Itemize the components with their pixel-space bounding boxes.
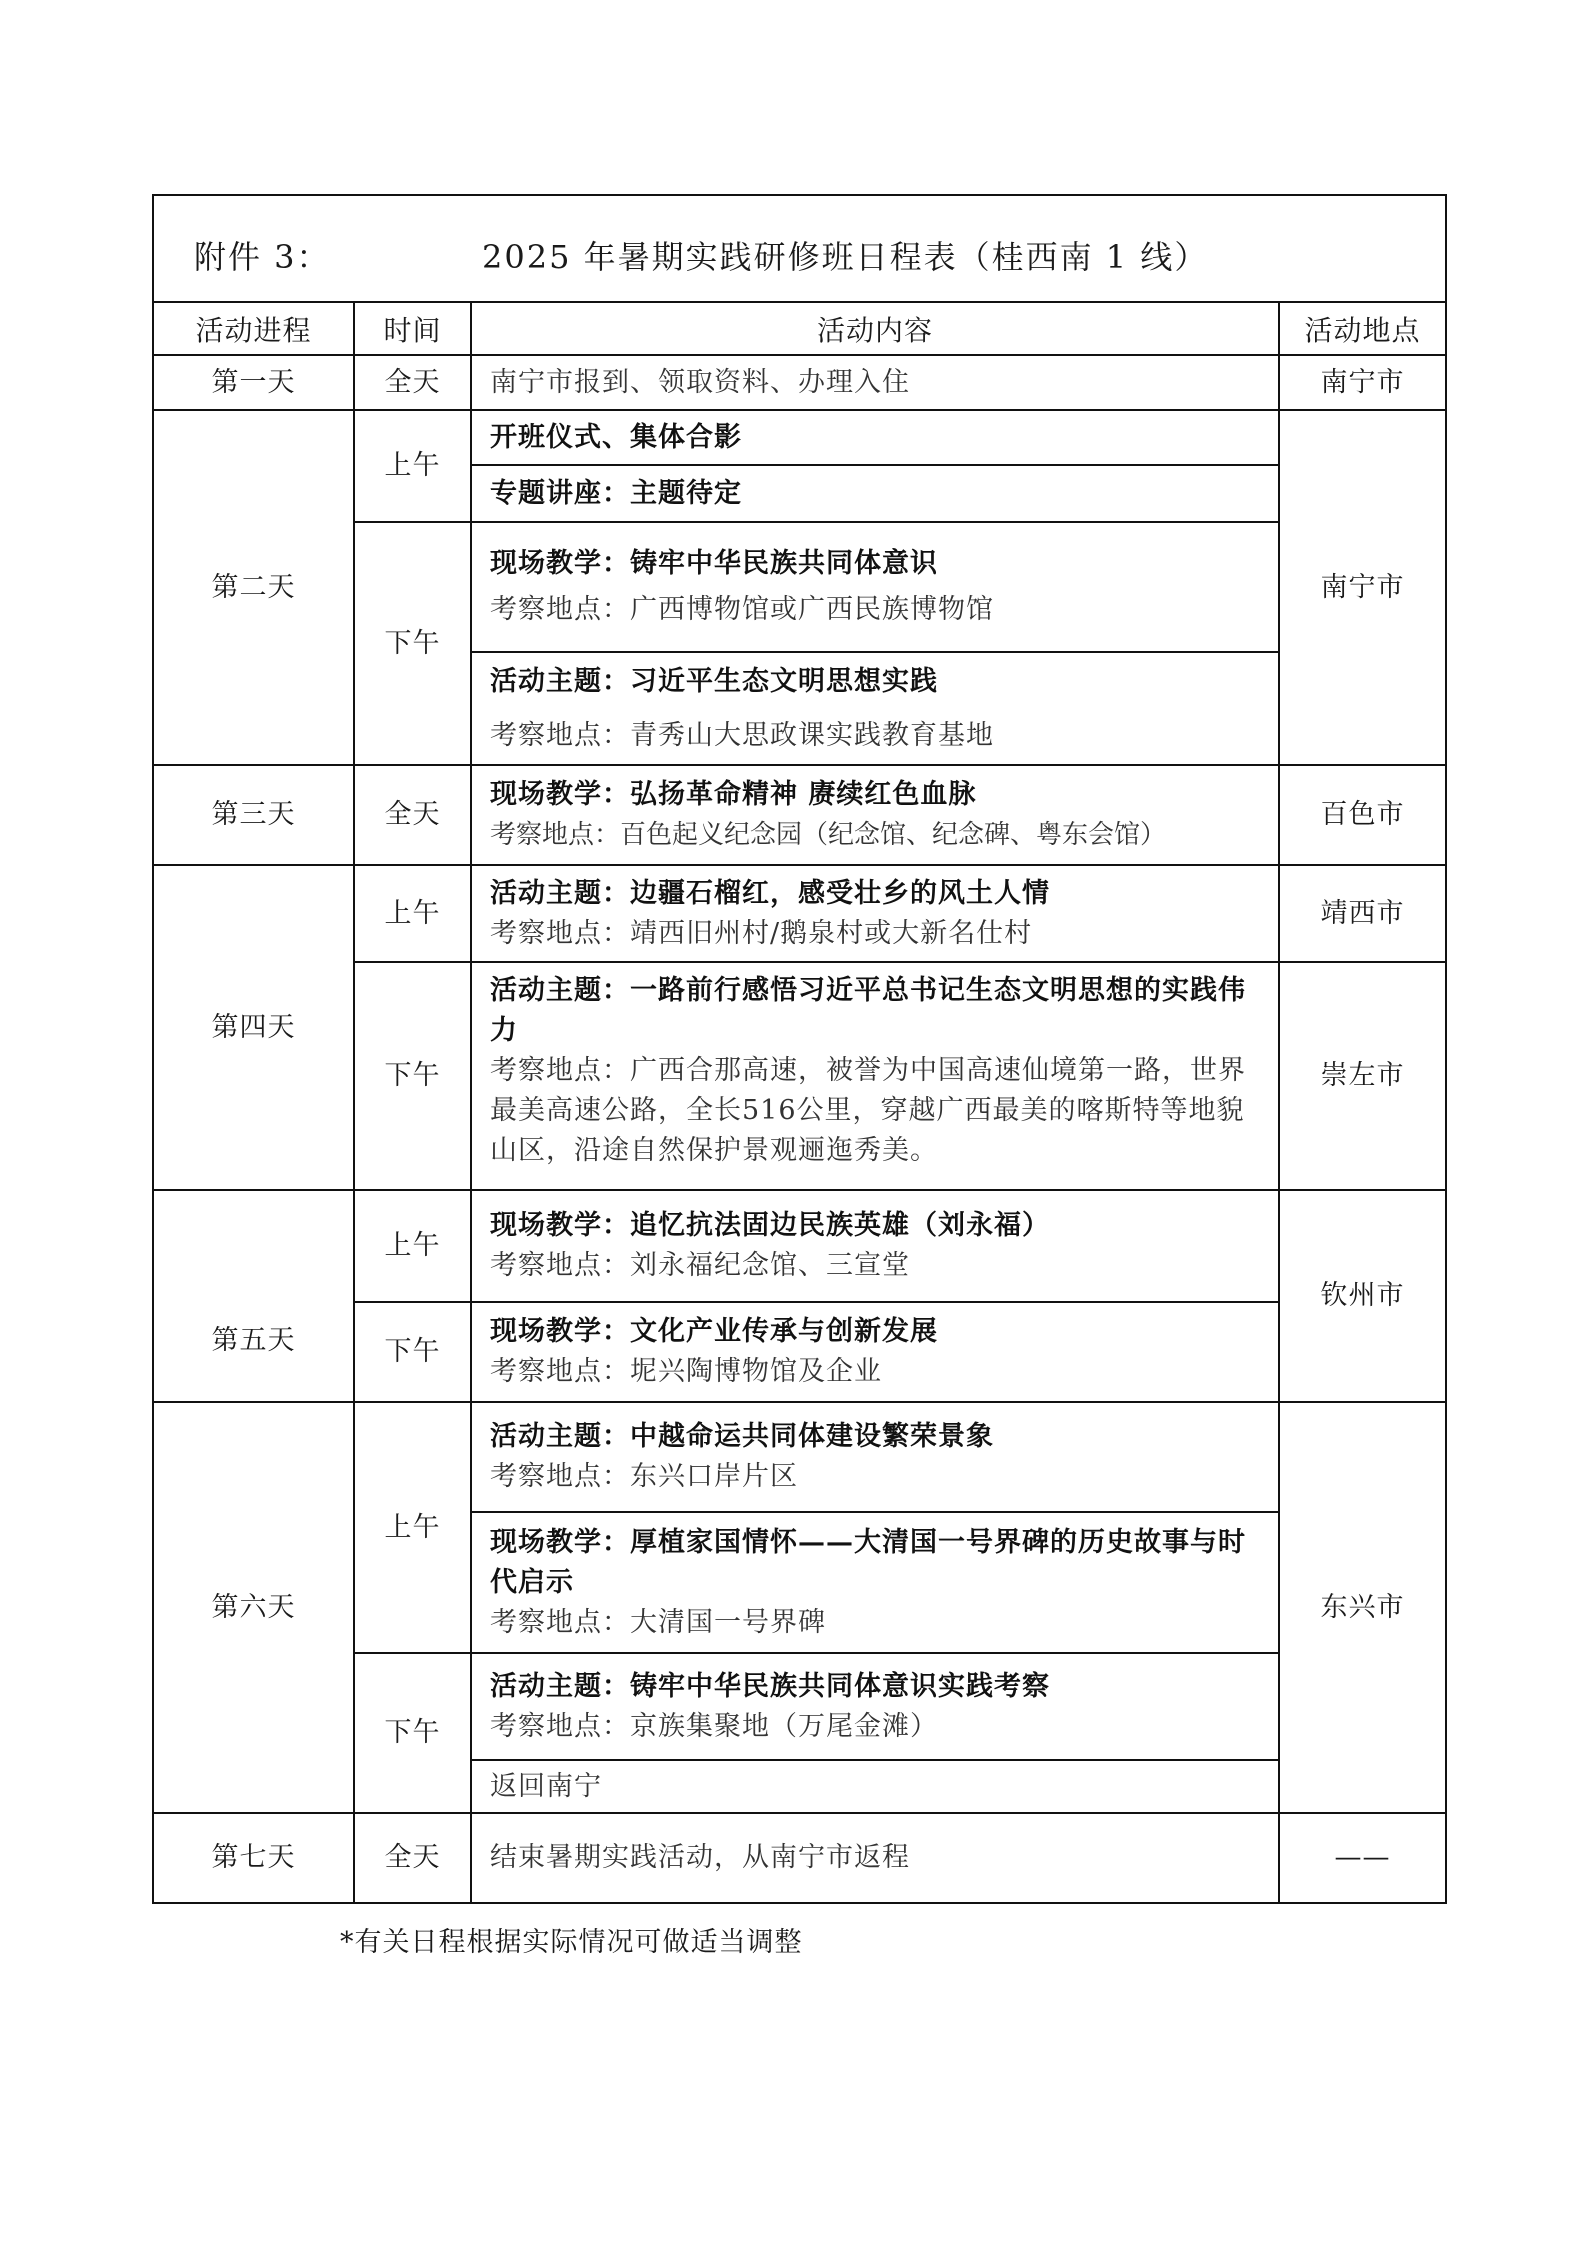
activity-site: 考察地点：东兴口岸片区 bbox=[490, 1457, 994, 1497]
activity-title: 活动主题：一路前行感悟习近平总书记生态文明思想的实践伟力 bbox=[490, 971, 1264, 1051]
activity-cell: 专题讲座：主题待定 bbox=[472, 466, 1278, 521]
activity-site: 考察地点：靖西旧州村/鹅泉村或大新名仕村 bbox=[490, 914, 1050, 954]
footnote: *有关日程根据实际情况可做适当调整 bbox=[340, 1920, 803, 1959]
day-label: 第六天 bbox=[154, 1403, 353, 1812]
location-label: 钦州市 bbox=[1280, 1191, 1445, 1401]
table-border-right bbox=[1445, 194, 1447, 1904]
time-label: 全天 bbox=[355, 356, 470, 409]
activity-site: 考察地点：坭兴陶博物馆及企业 bbox=[490, 1352, 938, 1392]
page-title: 2025 年暑期实践研修班日程表（桂西南 1 线） bbox=[482, 232, 1208, 278]
activity-title: 活动主题：中越命运共同体建设繁荣景象 bbox=[490, 1417, 994, 1457]
time-label: 下午 bbox=[355, 523, 470, 764]
activity-site: 考察地点：广西博物馆或广西民族博物馆 bbox=[490, 587, 994, 633]
activity-title: 现场教学：弘扬革命精神 赓续红色血脉 bbox=[490, 775, 1166, 815]
activity-line: 结束暑期实践活动，从南宁市返程 bbox=[472, 1838, 918, 1878]
activity-line: 南宁市报到、领取资料、办理入住 bbox=[472, 363, 918, 403]
activity-cell: 结束暑期实践活动，从南宁市返程 bbox=[472, 1814, 1278, 1902]
activity-title: 活动主题：铸牢中华民族共同体意识实践考察 bbox=[490, 1667, 1050, 1707]
activity-cell: 活动主题：中越命运共同体建设繁荣景象 考察地点：东兴口岸片区 bbox=[472, 1403, 1278, 1511]
day-label: 第三天 bbox=[154, 766, 353, 864]
activity-cell: 现场教学：弘扬革命精神 赓续红色血脉 考察地点：百色起义纪念园（纪念馆、纪念碑、… bbox=[472, 766, 1278, 864]
activity-cell: 现场教学：追忆抗法固边民族英雄（刘永福） 考察地点：刘永福纪念馆、三宣堂 bbox=[472, 1191, 1278, 1301]
activity-cell: 活动主题：边疆石榴红，感受壮乡的风土人情 考察地点：靖西旧州村/鹅泉村或大新名仕… bbox=[472, 866, 1278, 961]
location-label: 百色市 bbox=[1280, 766, 1445, 864]
time-label: 全天 bbox=[355, 766, 470, 864]
time-label: 下午 bbox=[355, 963, 470, 1189]
activity-site: 考察地点：广西合那高速，被誉为中国高速仙境第一路，世界最美高速公路，全长516公… bbox=[490, 1051, 1264, 1171]
time-label: 全天 bbox=[355, 1814, 470, 1902]
time-label: 下午 bbox=[355, 1654, 470, 1812]
activity-cell: 活动主题：一路前行感悟习近平总书记生态文明思想的实践伟力 考察地点：广西合那高速… bbox=[472, 963, 1278, 1189]
activity-line: 返回南宁 bbox=[472, 1767, 610, 1807]
day-label: 第四天 bbox=[154, 866, 353, 1189]
document-page: 附件 3： 2025 年暑期实践研修班日程表（桂西南 1 线） 活动进程 时间 … bbox=[0, 0, 1587, 2245]
day-label: 第五天 bbox=[154, 1191, 353, 1401]
time-label: 上午 bbox=[355, 1191, 470, 1301]
time-label: 上午 bbox=[355, 1403, 470, 1652]
time-label: 上午 bbox=[355, 866, 470, 961]
location-label: —— bbox=[1280, 1814, 1445, 1902]
activity-title: 专题讲座：主题待定 bbox=[472, 474, 750, 514]
activity-cell: 活动主题：铸牢中华民族共同体意识实践考察 考察地点：京族集聚地（万尾金滩） bbox=[472, 1654, 1278, 1759]
activity-title: 现场教学：厚植家国情怀——大清国一号界碑的历史故事与时代启示 bbox=[490, 1523, 1264, 1603]
header-location: 活动地点 bbox=[1280, 303, 1445, 354]
activity-title: 开班仪式、集体合影 bbox=[472, 418, 750, 458]
time-label: 上午 bbox=[355, 411, 470, 521]
activity-site: 考察地点：京族集聚地（万尾金滩） bbox=[490, 1707, 1050, 1747]
location-label: 崇左市 bbox=[1280, 963, 1445, 1189]
activity-title: 现场教学：追忆抗法固边民族英雄（刘永福） bbox=[490, 1206, 1050, 1246]
day-label: 第一天 bbox=[154, 356, 353, 409]
location-label: 靖西市 bbox=[1280, 866, 1445, 961]
activity-title: 活动主题：边疆石榴红，感受壮乡的风土人情 bbox=[490, 874, 1050, 914]
activity-cell: 现场教学：文化产业传承与创新发展 考察地点：坭兴陶博物馆及企业 bbox=[472, 1303, 1278, 1401]
activity-cell: 现场教学：铸牢中华民族共同体意识 考察地点：广西博物馆或广西民族博物馆 bbox=[472, 523, 1278, 651]
activity-site: 考察地点：百色起义纪念园（纪念馆、纪念碑、粤东会馆） bbox=[490, 815, 1166, 855]
header-time: 时间 bbox=[355, 303, 470, 354]
title-row: 附件 3： 2025 年暑期实践研修班日程表（桂西南 1 线） bbox=[152, 196, 1445, 302]
location-label: 东兴市 bbox=[1280, 1403, 1445, 1812]
day-label: 第七天 bbox=[154, 1814, 353, 1902]
activity-site: 考察地点：大清国一号界碑 bbox=[490, 1603, 1264, 1643]
header-content: 活动内容 bbox=[472, 303, 1278, 354]
activity-cell: 活动主题：习近平生态文明思想实践 考察地点：青秀山大思政课实践教育基地 bbox=[472, 653, 1278, 764]
activity-cell: 现场教学：厚植家国情怀——大清国一号界碑的历史故事与时代启示 考察地点：大清国一… bbox=[472, 1513, 1278, 1652]
location-label: 南宁市 bbox=[1280, 411, 1445, 764]
activity-title: 现场教学：铸牢中华民族共同体意识 bbox=[490, 541, 994, 587]
attachment-label: 附件 3： bbox=[194, 232, 331, 278]
activity-cell: 南宁市报到、领取资料、办理入住 bbox=[472, 356, 1278, 409]
location-label: 南宁市 bbox=[1280, 356, 1445, 409]
activity-title: 现场教学：文化产业传承与创新发展 bbox=[490, 1312, 938, 1352]
day-label: 第二天 bbox=[154, 411, 353, 764]
header-day: 活动进程 bbox=[154, 303, 353, 354]
activity-site: 考察地点：刘永福纪念馆、三宣堂 bbox=[490, 1246, 1050, 1286]
time-label: 下午 bbox=[355, 1303, 470, 1401]
activity-title: 活动主题：习近平生态文明思想实践 bbox=[490, 655, 994, 709]
activity-cell: 开班仪式、集体合影 bbox=[472, 411, 1278, 464]
activity-cell: 返回南宁 bbox=[472, 1761, 1278, 1812]
table-border-bottom bbox=[152, 1902, 1447, 1904]
activity-site: 考察地点：青秀山大思政课实践教育基地 bbox=[490, 709, 994, 763]
